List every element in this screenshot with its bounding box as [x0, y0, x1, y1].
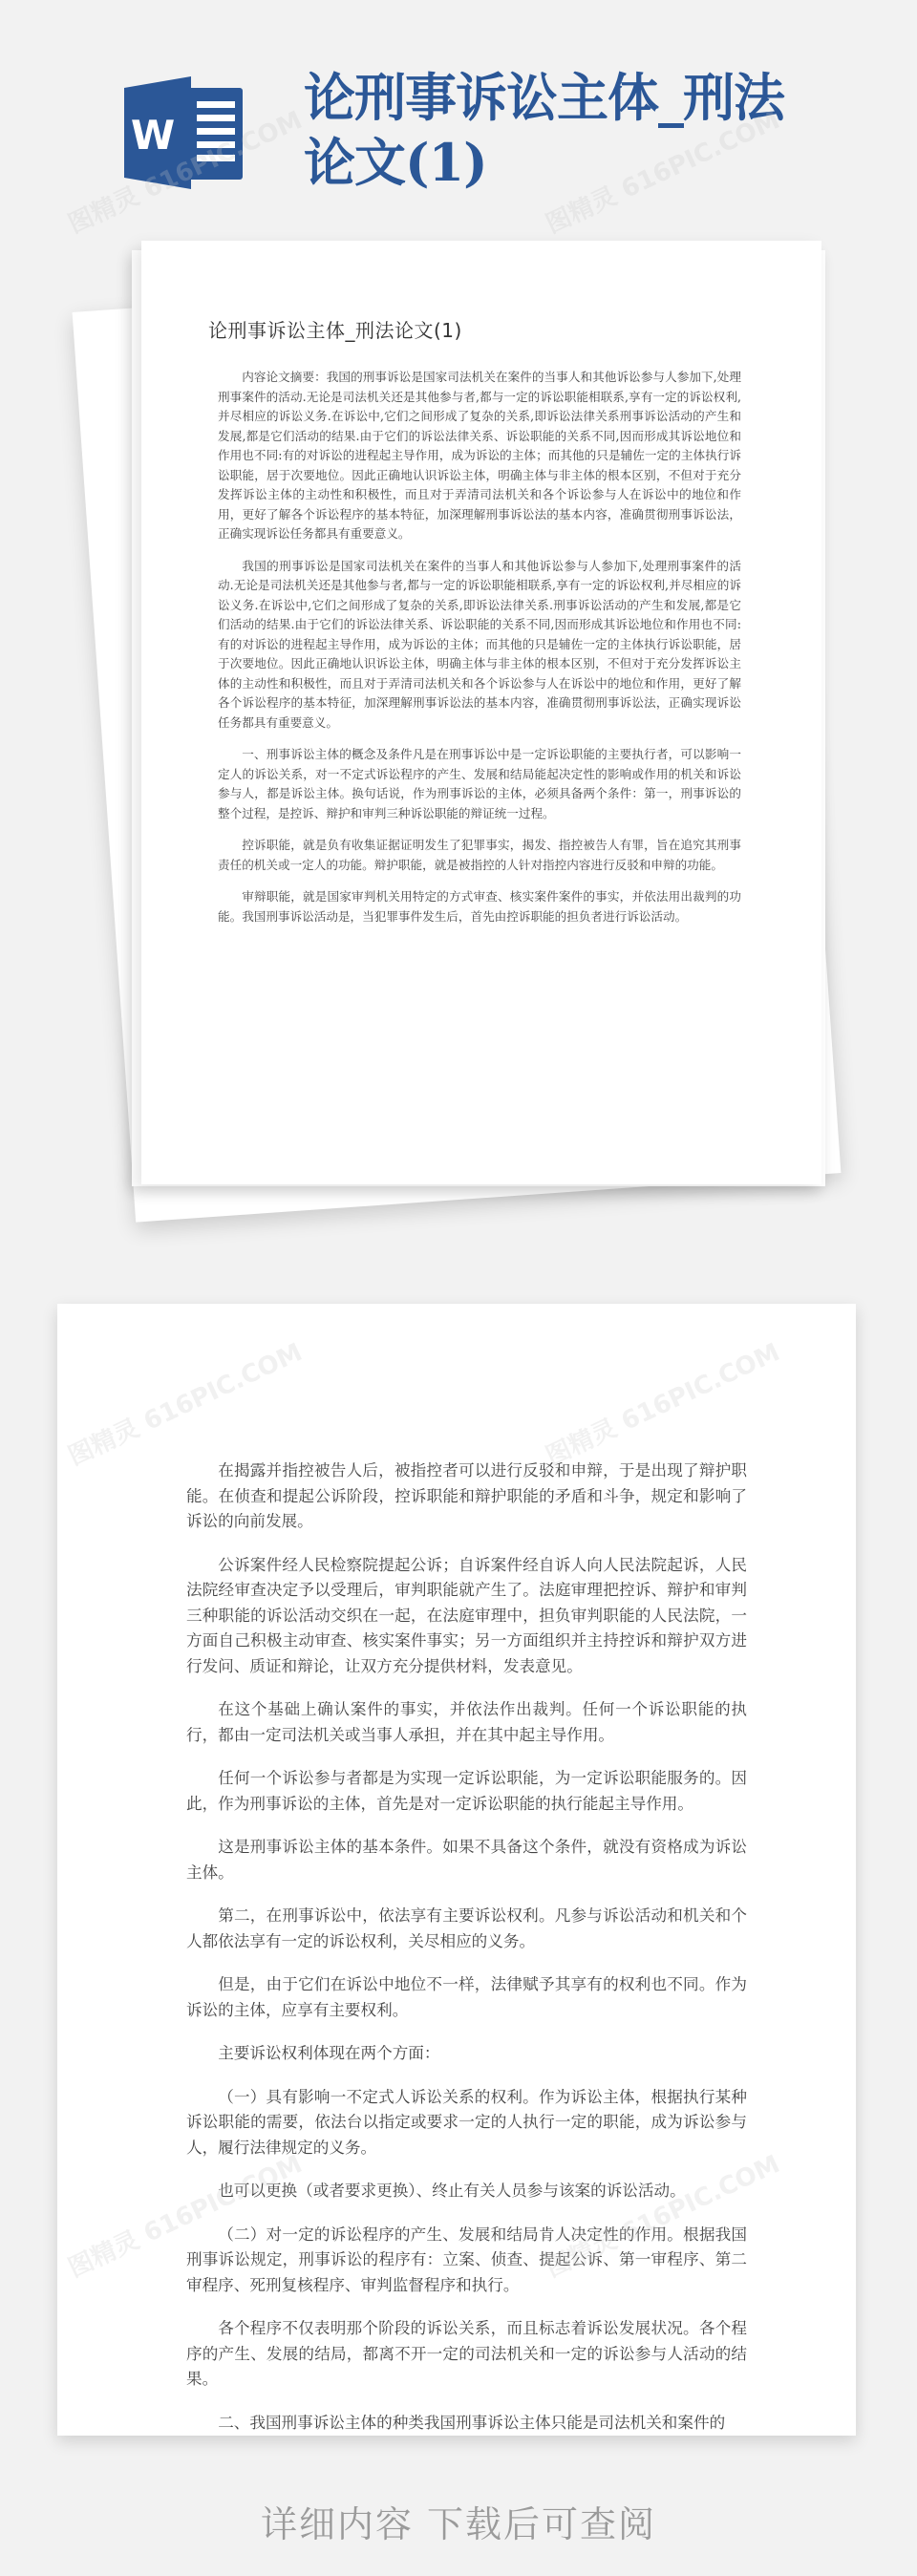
body-paragraph: 这是刑事诉讼主体的基本条件。如果不具备这个条件，就没有资格成为诉讼主体。	[186, 1835, 747, 1885]
download-prompt: 详细内容 下载后可查阅	[0, 2495, 917, 2547]
body-paragraph: 也可以更换（或者要求更换）、终止有关人员参与该案的诉讼活动。	[186, 2179, 747, 2204]
page-heading: 论刑事诉讼主体_刑法论文(1)	[208, 315, 741, 343]
body-paragraph: 一、刑事诉讼主体的概念及条件凡是在刑事诉讼中是一定诉讼职能的主要执行者，可以影响…	[218, 745, 741, 823]
body-paragraph: 主要诉讼权利体现在两个方面：	[186, 2041, 747, 2067]
abstract-paragraph: 内容论文摘要：我国的刑事诉讼是国家司法机关在案件的当事人和其他诉讼参与人参加下,…	[218, 368, 741, 544]
word-document-icon: W	[124, 76, 246, 189]
body-paragraph: 公诉案件经人民检察院提起公诉；自诉案件经自诉人向人民法院起诉，人民法院经审查决定…	[186, 1553, 747, 1680]
body-paragraph: 审辩职能，就是国家审判机关用特定的方式审查、核实案件案件的事实，并依法用出裁判的…	[218, 887, 741, 926]
body-paragraph: 各个程序不仅表明那个阶段的诉讼关系，而且标志着诉讼发展状况。各个程序的产生、发展…	[186, 2316, 747, 2393]
body-paragraph: 控诉职能，就是负有收集证据证明发生了犯罪事实，揭发、指控被告人有罪，旨在追究其刑…	[218, 836, 741, 875]
body-paragraph: （一）具有影响一不定式人诉讼关系的权利。作为诉讼主体，根据执行某种诉讼职能的需要…	[186, 2085, 747, 2161]
body-paragraph: （二）对一定的诉讼程序的产生、发展和结局肯人决定性的作用。根据我国刑事诉讼规定，…	[186, 2223, 747, 2299]
document-page-2: 在揭露并指控被告人后，被指控者可以进行反驳和申辩，于是出现了辩护职能。在侦查和提…	[57, 1304, 856, 2436]
body-paragraph: 在这个基础上确认案件的事实，并依法作出裁判。任何一个诉讼职能的执行，都由一定司法…	[186, 1697, 747, 1748]
body-paragraph: 第二，在刑事诉讼中，依法享有主要诉讼权利。凡参与诉讼活动和机关和个人都依法享有一…	[186, 1904, 747, 1954]
header: W 论刑事诉讼主体_刑法论文(1)	[0, 0, 917, 210]
body-paragraph: 任何一个诉讼参与者都是为实现一定诉讼职能，为一定诉讼职能服务的。因此，作为刑事诉…	[186, 1766, 747, 1817]
document-title: 论刑事诉讼主体_刑法论文(1)	[304, 65, 800, 195]
body-paragraph: 二、我国刑事诉讼主体的种类我国刑事诉讼主体只能是司法机关和案件的	[186, 2411, 747, 2437]
document-page-1: 论刑事诉讼主体_刑法论文(1) 内容论文摘要：我国的刑事诉讼是国家司法机关在案件…	[141, 241, 821, 1184]
svg-text:W: W	[131, 112, 175, 159]
body-paragraph: 但是，由于它们在诉讼中地位不一样，法律赋予其享有的权利也不同。作为诉讼的主体，应…	[186, 1972, 747, 2023]
body-paragraph: 在揭露并指控被告人后，被指控者可以进行反驳和申辩，于是出现了辩护职能。在侦查和提…	[186, 1458, 747, 1535]
body-paragraph: 我国的刑事诉讼是国家司法机关在案件的当事人和其他诉讼参与人参加下,处理刑事案件的…	[218, 557, 741, 734]
